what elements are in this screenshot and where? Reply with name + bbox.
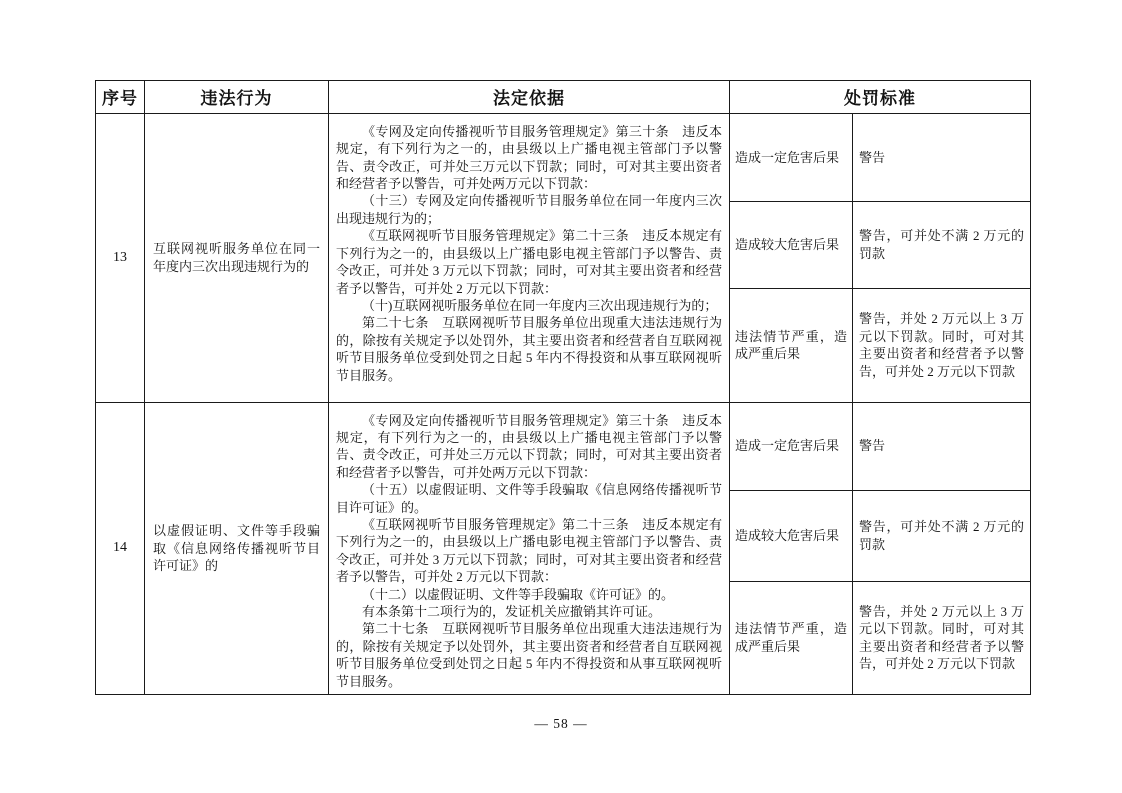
row-serial-number: 13 — [96, 114, 144, 402]
legal-basis-paragraph: （十)互联网视听服务单位在同一年度内三次出现违规行为的； — [336, 297, 722, 314]
penalty-condition-text: 造成一定危害后果 — [735, 149, 847, 167]
penalty-condition-cell: 造成一定危害后果 — [730, 403, 852, 490]
page-number: — 58 — — [0, 716, 1122, 732]
illegal-behavior-cell: 互联网视听服务单位在同一年度内三次出现违规行为的 — [144, 114, 328, 402]
document-page: 序号 违法行为 法定依据 处罚标准 13 互联网视听服务单位在同一年度内三次出现… — [0, 0, 1122, 793]
penalty-standard-text: 警告，可并处不满 2 万元的罚款 — [859, 518, 1024, 553]
legal-basis-paragraph: 《专网及定向传播视听节目服务管理规定》第三十条 违反本规定，有下列行为之一的，由… — [336, 123, 722, 193]
legal-basis-paragraph: 《专网及定向传播视听节目服务管理规定》第三十条 违反本规定，有下列行为之一的，由… — [336, 412, 722, 482]
penalty-condition-text: 违法情节严重，造成严重后果 — [735, 620, 847, 655]
legal-basis-paragraph: 有本条第十二项行为的，发证机关应撤销其许可证。 — [336, 603, 722, 620]
penalty-standard-cell: 警告，可并处不满 2 万元的罚款 — [852, 202, 1030, 288]
table-row: 14 以虚假证明、文件等手段骗取《信息网络传播视听节目许可证》的 《专网及定向传… — [96, 402, 1030, 695]
legal-basis-paragraph: （十三）专网及定向传播视听节目服务单位在同一年度内三次出现违规行为的； — [336, 192, 722, 227]
penalty-standard-text: 警告，并处 2 万元以上 3 万元以下罚款。同时，可对其主要出资者和经营者予以警… — [859, 603, 1024, 673]
table-header-row: 序号 违法行为 法定依据 处罚标准 — [96, 81, 1030, 113]
penalty-standard-cell: 警告 — [852, 403, 1030, 490]
penalty-condition-text: 造成较大危害后果 — [735, 236, 847, 254]
penalty-subrow: 造成一定危害后果 警告 — [730, 114, 1030, 201]
penalty-subrow: 造成一定危害后果 警告 — [730, 403, 1030, 490]
illegal-behavior-text: 以虚假证明、文件等手段骗取《信息网络传播视听节目许可证》的 — [153, 522, 320, 575]
penalty-table: 序号 违法行为 法定依据 处罚标准 13 互联网视听服务单位在同一年度内三次出现… — [95, 80, 1031, 695]
legal-basis-paragraph: 第二十七条 互联网视听节目服务单位出现重大违法违规行为的，除按有关规定予以处罚外… — [336, 620, 722, 690]
penalty-subrow: 造成较大危害后果 警告，可并处不满 2 万元的罚款 — [730, 201, 1030, 288]
penalty-standard-text: 警告，并处 2 万元以上 3 万元以下罚款。同时，可对其主要出资者和经营者予以警… — [859, 310, 1024, 380]
penalty-standard-text: 警告 — [859, 437, 1024, 455]
penalty-column: 造成一定危害后果 警告 造成较大危害后果 警告，可并处不满 2 万元的罚款 — [729, 403, 1030, 695]
legal-basis-paragraph: 第二十七条 互联网视听节目服务单位出现重大违法违规行为的，除按有关规定予以处罚外… — [336, 314, 722, 384]
penalty-condition-cell: 造成一定危害后果 — [730, 114, 852, 201]
header-serial-number: 序号 — [96, 81, 144, 113]
penalty-condition-text: 违法情节严重，造成严重后果 — [735, 328, 847, 363]
penalty-standard-text: 警告 — [859, 149, 1024, 167]
table-row: 13 互联网视听服务单位在同一年度内三次出现违规行为的 《专网及定向传播视听节目… — [96, 113, 1030, 402]
row-serial-number: 14 — [96, 403, 144, 695]
penalty-condition-text: 造成较大危害后果 — [735, 527, 847, 545]
penalty-standard-cell: 警告，可并处不满 2 万元的罚款 — [852, 491, 1030, 581]
header-penalty-standard: 处罚标准 — [729, 81, 1030, 113]
penalty-standard-cell: 警告 — [852, 114, 1030, 201]
penalty-subrow: 造成较大危害后果 警告，可并处不满 2 万元的罚款 — [730, 490, 1030, 581]
header-illegal-behavior: 违法行为 — [144, 81, 328, 113]
header-legal-basis: 法定依据 — [328, 81, 729, 113]
penalty-condition-text: 造成一定危害后果 — [735, 437, 847, 455]
penalty-subrow: 违法情节严重，造成严重后果 警告，并处 2 万元以上 3 万元以下罚款。同时，可… — [730, 288, 1030, 402]
illegal-behavior-cell: 以虚假证明、文件等手段骗取《信息网络传播视听节目许可证》的 — [144, 403, 328, 695]
penalty-condition-cell: 违法情节严重，造成严重后果 — [730, 289, 852, 402]
legal-basis-paragraph: （十五）以虚假证明、文件等手段骗取《信息网络传播视听节目许可证》的。 — [336, 481, 722, 516]
legal-basis-paragraph: 《互联网视听节目服务管理规定》第二十三条 违反本规定有下列行为之一的，由县级以上… — [336, 516, 722, 586]
legal-basis-paragraph: 《互联网视听节目服务管理规定》第二十三条 违反本规定有下列行为之一的，由县级以上… — [336, 227, 722, 297]
penalty-subrow: 违法情节严重，造成严重后果 警告，并处 2 万元以上 3 万元以下罚款。同时，可… — [730, 581, 1030, 695]
penalty-standard-cell: 警告，并处 2 万元以上 3 万元以下罚款。同时，可对其主要出资者和经营者予以警… — [852, 289, 1030, 402]
penalty-condition-cell: 违法情节严重，造成严重后果 — [730, 582, 852, 695]
legal-basis-paragraph: （十二）以虚假证明、文件等手段骗取《许可证》的。 — [336, 586, 722, 603]
penalty-standard-text: 警告，可并处不满 2 万元的罚款 — [859, 227, 1024, 262]
illegal-behavior-text: 互联网视听服务单位在同一年度内三次出现违规行为的 — [153, 240, 320, 275]
legal-basis-cell: 《专网及定向传播视听节目服务管理规定》第三十条 违反本规定，有下列行为之一的，由… — [328, 403, 729, 695]
penalty-condition-cell: 造成较大危害后果 — [730, 491, 852, 581]
penalty-condition-cell: 造成较大危害后果 — [730, 202, 852, 288]
penalty-column: 造成一定危害后果 警告 造成较大危害后果 警告，可并处不满 2 万元的罚款 — [729, 114, 1030, 402]
penalty-standard-cell: 警告，并处 2 万元以上 3 万元以下罚款。同时，可对其主要出资者和经营者予以警… — [852, 582, 1030, 695]
legal-basis-cell: 《专网及定向传播视听节目服务管理规定》第三十条 违反本规定，有下列行为之一的，由… — [328, 114, 729, 402]
